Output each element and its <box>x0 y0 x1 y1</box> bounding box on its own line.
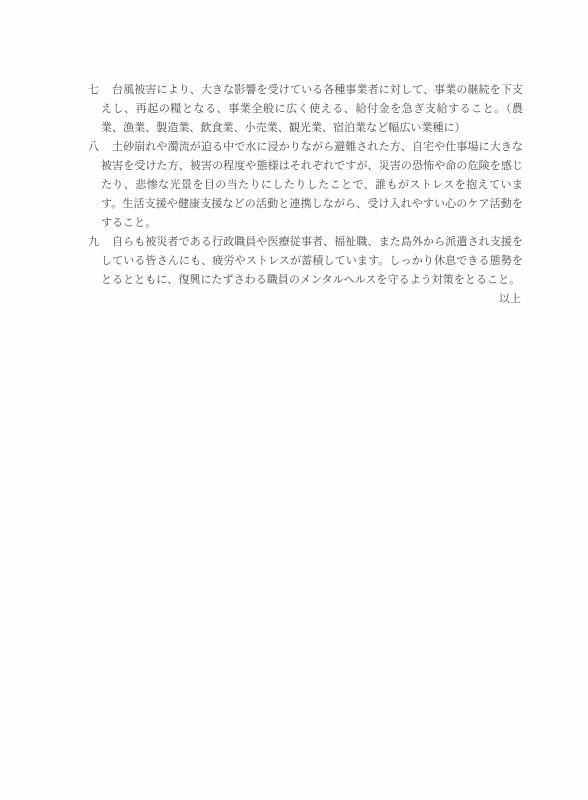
list-item-9: 九 自らも被災者である行政職員や医療従事者、福祉職、また島外から派遣され支援をし… <box>88 233 523 290</box>
closing-text: 以上 <box>88 290 523 309</box>
list-item-7: 七 台風被害により、大きな影響を受けている各種事業者に対して、事業の継続を下支え… <box>88 81 523 138</box>
item-text: 台風被害により、大きな影響を受けている各種事業者に対して、事業の継続を下支えし、… <box>101 81 523 138</box>
item-number: 七 <box>88 81 99 100</box>
item-number: 九 <box>88 233 99 252</box>
item-number: 八 <box>88 138 99 157</box>
item-text: 自らも被災者である行政職員や医療従事者、福祉職、また島外から派遣され支援をしてい… <box>101 233 523 290</box>
document-page: 七 台風被害により、大きな影響を受けている各種事業者に対して、事業の継続を下支え… <box>0 0 588 800</box>
item-text: 土砂崩れや濁流が迫る中で水に浸かりながら避難された方、自宅や仕事場に大きな被害を… <box>101 138 523 233</box>
document-body: 七 台風被害により、大きな影響を受けている各種事業者に対して、事業の継続を下支え… <box>88 81 523 309</box>
list-item-8: 八 土砂崩れや濁流が迫る中で水に浸かりながら避難された方、自宅や仕事場に大きな被… <box>88 138 523 233</box>
